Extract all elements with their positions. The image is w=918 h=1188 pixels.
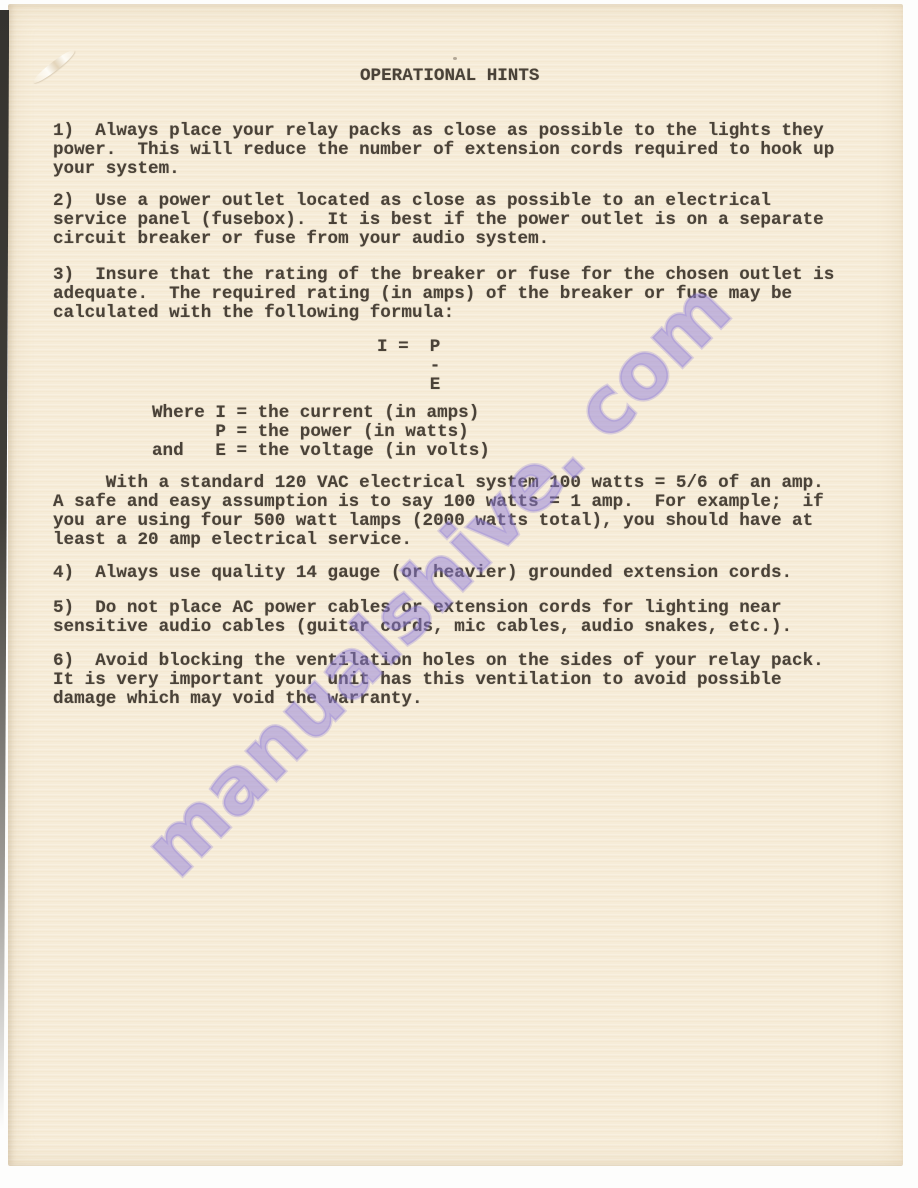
paper-sheet: OPERATIONAL HINTS 1) Always place your r… — [8, 4, 903, 1166]
page-title: OPERATIONAL HINTS — [360, 67, 540, 86]
hint-5: 5) Do not place AC power cables or exten… — [53, 599, 792, 637]
paper-crease-mark — [31, 47, 78, 86]
hint-2: 2) Use a power outlet located as close a… — [53, 192, 824, 249]
hint-6: 6) Avoid blocking the ventilation holes … — [53, 652, 824, 709]
formula-definitions: Where I = the current (in amps) P = the … — [152, 404, 490, 461]
paper-speck — [453, 57, 457, 60]
formula: I = P - E — [377, 338, 440, 395]
note-paragraph: With a standard 120 VAC electrical syste… — [53, 474, 824, 550]
hint-1: 1) Always place your relay packs as clos… — [53, 122, 834, 179]
hint-4: 4) Always use quality 14 gauge (or heavi… — [53, 564, 792, 583]
hint-3: 3) Insure that the rating of the breaker… — [53, 266, 834, 323]
